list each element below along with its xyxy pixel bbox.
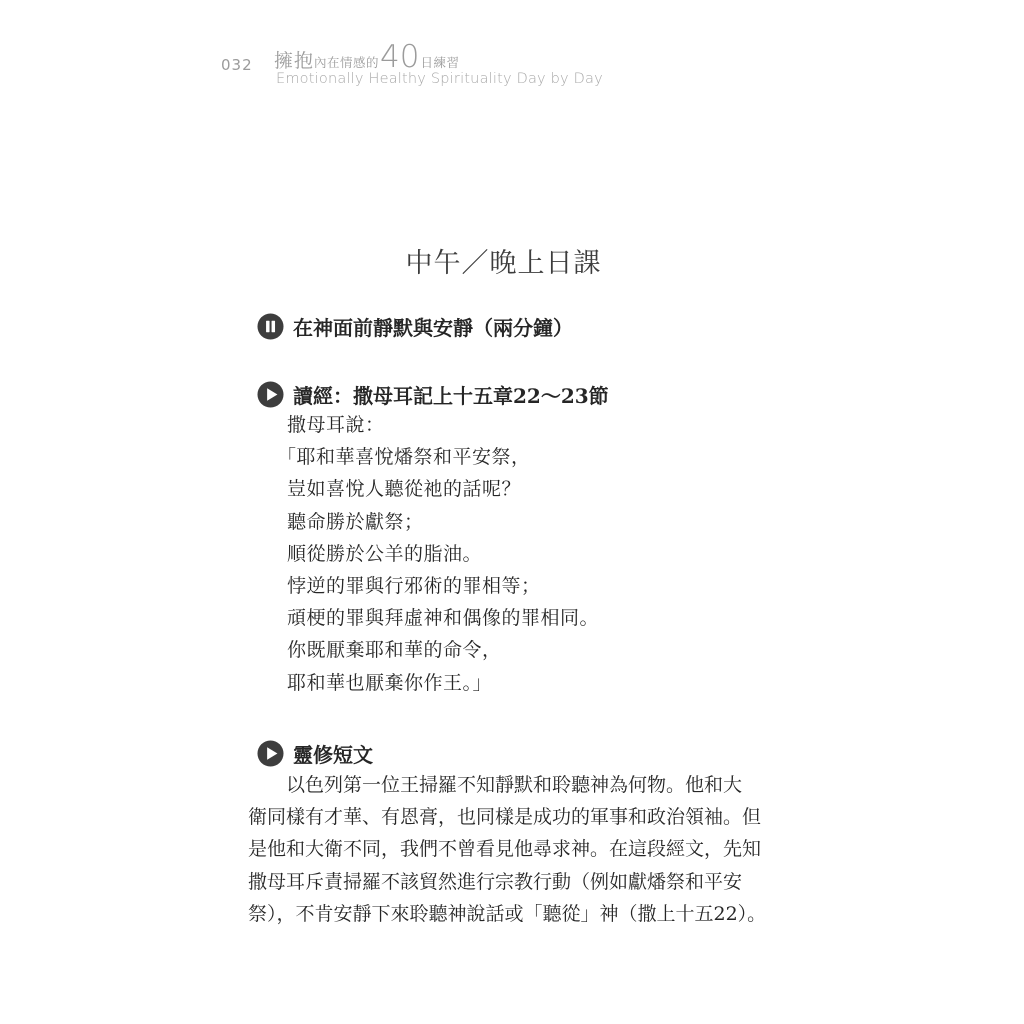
- scripture-line: 撒母耳說：: [287, 409, 599, 441]
- book-page: 032 擁抱 內在情感的 40 日練習 Emotionally Healthy …: [0, 0, 1024, 1024]
- scripture-line: 順從勝於公羊的脂油。: [287, 538, 599, 570]
- silence-heading-label: 在神面前靜默與安靜（兩分鐘）: [293, 312, 573, 341]
- scripture-block: 撒母耳說： 「耶和華喜悅燔祭和平安祭， 豈如喜悅人聽從祂的話呢？ 聽命勝於獻祭；…: [287, 409, 599, 699]
- silence-section-heading: 在神面前靜默與安靜（兩分鐘）: [257, 312, 573, 341]
- scripture-line: 「耶和華喜悅燔祭和平安祭，: [277, 441, 599, 473]
- pause-icon: [257, 313, 284, 340]
- paragraph-line: 是他和大衛不同，我們不曾看見他尋求神。在這段經文，先知: [248, 833, 762, 865]
- devotional-paragraph: 以色列第一位王掃羅不知靜默和聆聽神為何物。他和大 衛同樣有才華、有恩膏，也同樣是…: [248, 769, 762, 930]
- scripture-line: 你既厭棄耶和華的命令，: [287, 634, 599, 666]
- devotional-section-heading: 靈修短文: [257, 739, 373, 768]
- scripture-line: 耶和華也厭棄你作王。」: [287, 667, 599, 699]
- running-header-subtitle: Emotionally Healthy Spirituality Day by …: [276, 71, 603, 87]
- scripture-line: 聽命勝於獻祭；: [287, 506, 599, 538]
- scripture-line: 豈如喜悅人聽從祂的話呢？: [287, 473, 599, 505]
- paragraph-line: 衛同樣有才華、有恩膏，也同樣是成功的軍事和政治領袖。但: [248, 801, 762, 833]
- page-number: 032: [221, 56, 253, 74]
- devotional-heading-label: 靈修短文: [293, 739, 373, 768]
- paragraph-line: 以色列第一位王掃羅不知靜默和聆聽神為何物。他和大: [248, 769, 762, 801]
- paragraph-line: 撒母耳斥責掃羅不該貿然進行宗教行動（例如獻燔祭和平安: [248, 866, 762, 898]
- paragraph-line: 祭），不肯安靜下來聆聽神說話或「聽從」神（撒上十五22）。: [248, 898, 762, 930]
- running-header-title: 擁抱 內在情感的 40 日練習: [274, 42, 460, 73]
- scripture-line: 頑梗的罪與拜虛神和偶像的罪相同。: [287, 602, 599, 634]
- lesson-title: 中午／晚上日課: [248, 241, 759, 280]
- brand-mid: 內在情感的: [314, 53, 379, 71]
- reading-section-heading: 讀經：撒母耳記上十五章22～23節: [257, 380, 609, 409]
- brand-suffix: 日練習: [420, 53, 459, 71]
- play-icon: [257, 381, 284, 408]
- play-icon: [257, 740, 284, 767]
- reading-heading-label: 讀經：撒母耳記上十五章22～23節: [293, 380, 609, 409]
- brand-number: 40: [379, 42, 420, 73]
- scripture-line: 悖逆的罪與行邪術的罪相等；: [287, 570, 599, 602]
- brand-prefix: 擁抱: [274, 46, 314, 73]
